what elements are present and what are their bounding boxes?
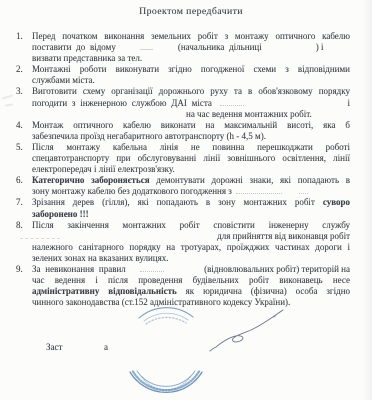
item-number: 3. bbox=[16, 86, 23, 97]
pencil-smudge bbox=[5, 103, 13, 106]
faint-mark bbox=[299, 188, 308, 194]
item-text: для прийняття від виконавця робіт bbox=[217, 231, 350, 242]
item-line: електропередач і лінії електрозв'язку. bbox=[32, 164, 350, 175]
item-line: Монтаж оптичного кабелю виконати на макс… bbox=[32, 120, 350, 131]
item-line: спецавтотранспорту при обслуговуванні лі… bbox=[32, 153, 350, 164]
footer-text-left: Заст bbox=[46, 342, 62, 352]
item-line: Після закінчення монтажних робіт сповіст… bbox=[32, 220, 350, 231]
item-text: погодити з інженерною службою ДАІ міста bbox=[32, 98, 212, 109]
item-line: час ведення і після проведення будівельн… bbox=[32, 275, 350, 286]
document-title: Проектом передбачити bbox=[32, 6, 350, 18]
item-line: зелених зонах на вказаних вулицях. bbox=[32, 253, 350, 264]
item-number: 5. bbox=[16, 142, 23, 153]
item-line: на час ведення монтажних робіт. bbox=[186, 109, 350, 120]
item-line: заборонено !!! bbox=[32, 209, 350, 220]
list-item-2: 2. Монтажні роботи виконувати згідно пог… bbox=[32, 64, 350, 86]
item-number: 8. bbox=[16, 220, 23, 231]
item-number: 7. bbox=[16, 197, 23, 208]
blank-field bbox=[20, 233, 60, 239]
handwritten-signature bbox=[205, 303, 295, 353]
item-number: 6. bbox=[16, 175, 23, 186]
item-line: для прийняття від виконавця робіт bbox=[32, 231, 350, 242]
footer-text-right: а bbox=[104, 342, 108, 352]
item-line: службами міста. bbox=[32, 75, 350, 86]
item-number: 2. bbox=[16, 64, 23, 75]
faint-mark bbox=[140, 266, 164, 272]
blank-field bbox=[116, 42, 178, 53]
blank-field bbox=[126, 266, 204, 272]
item-number: 1. bbox=[16, 31, 23, 42]
list-item-4: 4. Монтаж оптичного кабелю виконати на м… bbox=[32, 120, 350, 142]
blank-field bbox=[236, 187, 282, 194]
list-item-8: 8. Після закінчення монтажних робіт спов… bbox=[32, 220, 350, 264]
list-item-1: 1. Перед початком виконання земельних ро… bbox=[32, 31, 350, 64]
item-line: Виготовити схему організації дорожнього … bbox=[32, 86, 350, 97]
list-item-3: 3. Виготовити схему організації дорожньо… bbox=[32, 86, 350, 119]
item-text: Зрізання дерев (гілля), які попадають в … bbox=[32, 197, 315, 207]
list-item-7: 7. Зрізання дерев (гілля), які попадають… bbox=[32, 197, 350, 219]
item-line: адміністративну відповідальність як юрид… bbox=[32, 286, 350, 297]
item-line: забезпечила проїзд негабаритного автотра… bbox=[32, 131, 350, 142]
item-line: визвати представника за тел. bbox=[32, 53, 350, 64]
item-text: поставити до відому bbox=[32, 42, 116, 52]
scanned-document-page: Проектом передбачити 1. Перед початком в… bbox=[0, 0, 372, 400]
item-line: Категорично забороняється демонтувати до… bbox=[32, 175, 350, 186]
item-line: зону монтажу кабелю без додаткового пого… bbox=[32, 186, 350, 197]
item-line: Зрізання дерев (гілля), які попадають в … bbox=[32, 197, 350, 208]
round-seal-stamp bbox=[118, 303, 214, 399]
pencil-smudge bbox=[2, 94, 13, 99]
faint-mark bbox=[220, 100, 244, 106]
item-text-bold: Категорично забороняється bbox=[32, 175, 150, 185]
document-content: Проектом передбачити 1. Перед початком в… bbox=[32, 6, 350, 308]
list-item-5: 5. Після монтажу кабельна лінія не повин… bbox=[32, 142, 350, 175]
item-number: 4. bbox=[16, 120, 23, 131]
item-text: і bbox=[347, 98, 350, 109]
item-line: Перед початком виконання земельних робіт… bbox=[32, 31, 350, 42]
item-line: Монтажні роботи виконувати згідно погодж… bbox=[32, 64, 350, 75]
item-number: 9. bbox=[16, 264, 23, 275]
item-text: як юридична (фізична) особа згідно bbox=[186, 286, 350, 296]
item-text: зону монтажу кабелю без додаткового пого… bbox=[32, 186, 232, 196]
item-line: За невиконання правил(відновлювальних ро… bbox=[32, 264, 350, 275]
item-text-bold: адміністративну відповідальність bbox=[32, 286, 177, 296]
item-line: Після монтажу кабельна лінія не повинна … bbox=[32, 142, 350, 153]
item-text: За невиконання правил bbox=[32, 264, 126, 275]
item-text: (начальника дільниці bbox=[178, 42, 262, 52]
item-line: належного санітарного порядку на тротуар… bbox=[32, 242, 350, 253]
item-line: поставити до відому(начальника дільниці)… bbox=[32, 42, 350, 53]
item-line: погодити з інженерною службою ДАІ містаі bbox=[32, 98, 350, 109]
list-item-6: 6. Категорично забороняється демонтувати… bbox=[32, 175, 350, 197]
blank-field bbox=[212, 100, 348, 106]
requirements-list: 1. Перед початком виконання земельних ро… bbox=[32, 31, 350, 308]
item-text: ) і bbox=[316, 42, 324, 52]
item-text-bold: суворо bbox=[323, 197, 350, 207]
list-item-9: 9. За невиконання правил(відновлювальних… bbox=[32, 264, 350, 308]
item-text: (відновлювальних робіт) територій на bbox=[204, 264, 350, 275]
item-text: демонтувати дорожні знаки, які попадають… bbox=[156, 175, 350, 185]
faint-mark bbox=[140, 44, 153, 50]
